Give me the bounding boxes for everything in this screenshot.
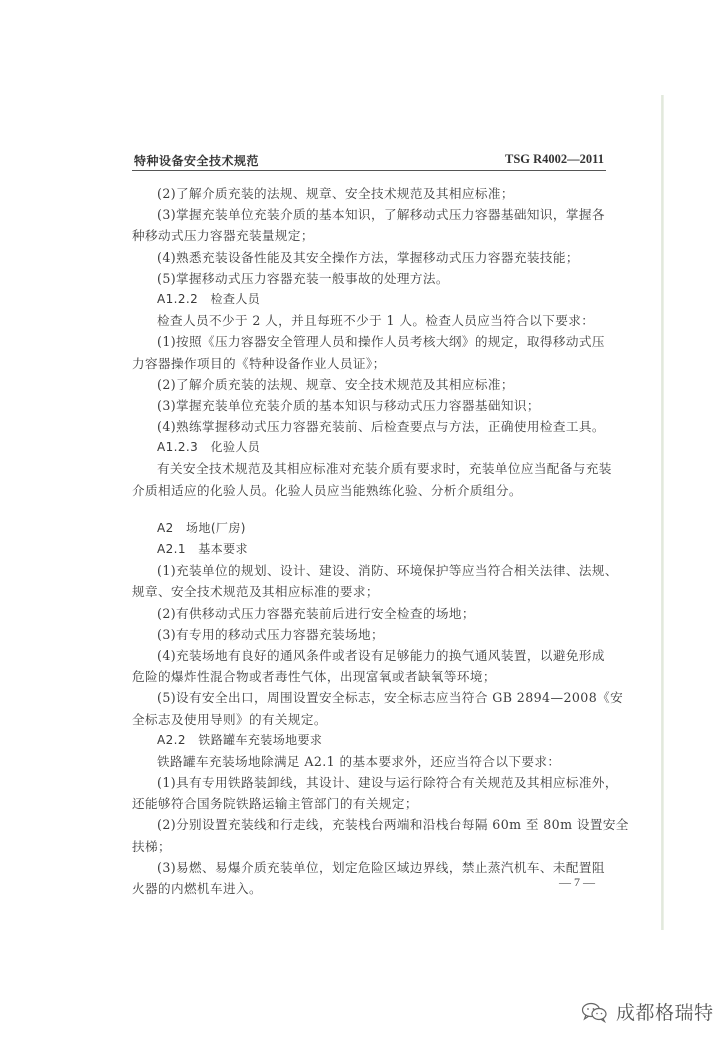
text-line: (4)充装场地有良好的通风条件或者设有足够能力的换气通风装置，以避免形成 — [132, 645, 606, 666]
text-line: (4)熟悉充装设备性能及其安全操作方法，掌握移动式压力容器充装技能； — [132, 247, 606, 268]
header-series-title: 特种设备安全技术规范 — [134, 152, 259, 169]
section-heading: A1.2.3 化验人员 — [132, 437, 606, 458]
wechat-icon — [580, 1001, 610, 1023]
running-header: 特种设备安全技术规范 TSG R4002—2011 — [132, 150, 606, 171]
text-line: 力容器操作项目的《特种设备作业人员证》； — [132, 353, 606, 374]
header-standard-code: TSG R4002—2011 — [505, 152, 604, 167]
text-line: 火器的内燃机车进入。 — [132, 878, 606, 899]
text-line: 检查人员不少于 2 人，并且每班不少于 1 人。检查人员应当符合以下要求： — [132, 310, 606, 331]
section-heading: A2.2 铁路罐车充装场地要求 — [132, 730, 606, 751]
text-line: (3)有专用的移动式压力容器充装场地； — [132, 624, 606, 645]
document-body: (2)了解介质充装的法规、规章、安全技术规范及其相应标准；(3)掌握充装单位充装… — [132, 183, 606, 899]
text-line: (2)了解介质充装的法规、规章、安全技术规范及其相应标准； — [132, 374, 606, 395]
text-line: 危险的爆炸性混合物或者毒性气体，出现富氧或者缺氧等环境； — [132, 666, 606, 687]
text-line: 扶梯； — [132, 836, 606, 857]
page-number: — 7 — — [559, 875, 595, 890]
text-line: 有关安全技术规范及其相应标准对充装介质有要求时，充装单位应当配备与充装 — [132, 458, 606, 479]
text-line: (3)易燃、易爆介质充装单位，划定危险区域边界线，禁止蒸汽机车、未配置阻 — [132, 857, 606, 878]
text-line: (5)设有安全出口，周围设置安全标志，安全标志应当符合 GB 2894—2008… — [132, 687, 606, 708]
text-line: 全标志及使用导则》的有关规定。 — [132, 709, 606, 730]
watermark: 成都格瑞特 — [580, 998, 714, 1025]
text-line: (2)了解介质充装的法规、规章、安全技术规范及其相应标准； — [132, 183, 606, 204]
section-spacer — [132, 501, 606, 518]
text-line: (1)按照《压力容器安全管理人员和操作人员考核大纲》的规定，取得移动式压 — [132, 331, 606, 352]
watermark-text: 成都格瑞特 — [616, 998, 714, 1025]
text-line: 介质相适应的化验人员。化验人员应当能熟练化验、分析介质组分。 — [132, 480, 606, 501]
text-line: (1)具有专用铁路装卸线，其设计、建设与运行除符合有关规范及其相应标准外， — [132, 772, 606, 793]
text-line: (1)充装单位的规划、设计、建设、消防、环境保护等应当符合相关法律、法规、 — [132, 560, 606, 581]
text-line: (2)分别设置充装线和行走线，充装栈台两端和沿栈台每隔 60m 至 80m 设置… — [132, 814, 606, 835]
text-line: 种移动式压力容器充装量规定； — [132, 225, 606, 246]
text-line: (4)熟练掌握移动式压力容器充装前、后检查要点与方法，正确使用检查工具。 — [132, 416, 606, 437]
section-heading: A2.1 基本要求 — [132, 539, 606, 560]
text-line: (5)掌握移动式压力容器充装一般事故的处理方法。 — [132, 268, 606, 289]
text-line: (3)掌握充装单位充装介质的基本知识，了解移动式压力容器基础知识，掌握各 — [132, 204, 606, 225]
section-heading: A1.2.2 检查人员 — [132, 289, 606, 310]
page-edge-shadow — [661, 95, 664, 930]
text-line: 铁路罐车充装场地除满足 A2.1 的基本要求外，还应当符合以下要求： — [132, 751, 606, 772]
text-line: (2)有供移动式压力容器充装前后进行安全检查的场地； — [132, 603, 606, 624]
text-line: (3)掌握充装单位充装介质的基本知识与移动式压力容器基础知识； — [132, 395, 606, 416]
text-line: 规章、安全技术规范及其相应标准的要求； — [132, 581, 606, 602]
section-heading: A2 场地(厂房) — [132, 518, 606, 539]
text-line: 还能够符合国务院铁路运输主管部门的有关规定； — [132, 793, 606, 814]
